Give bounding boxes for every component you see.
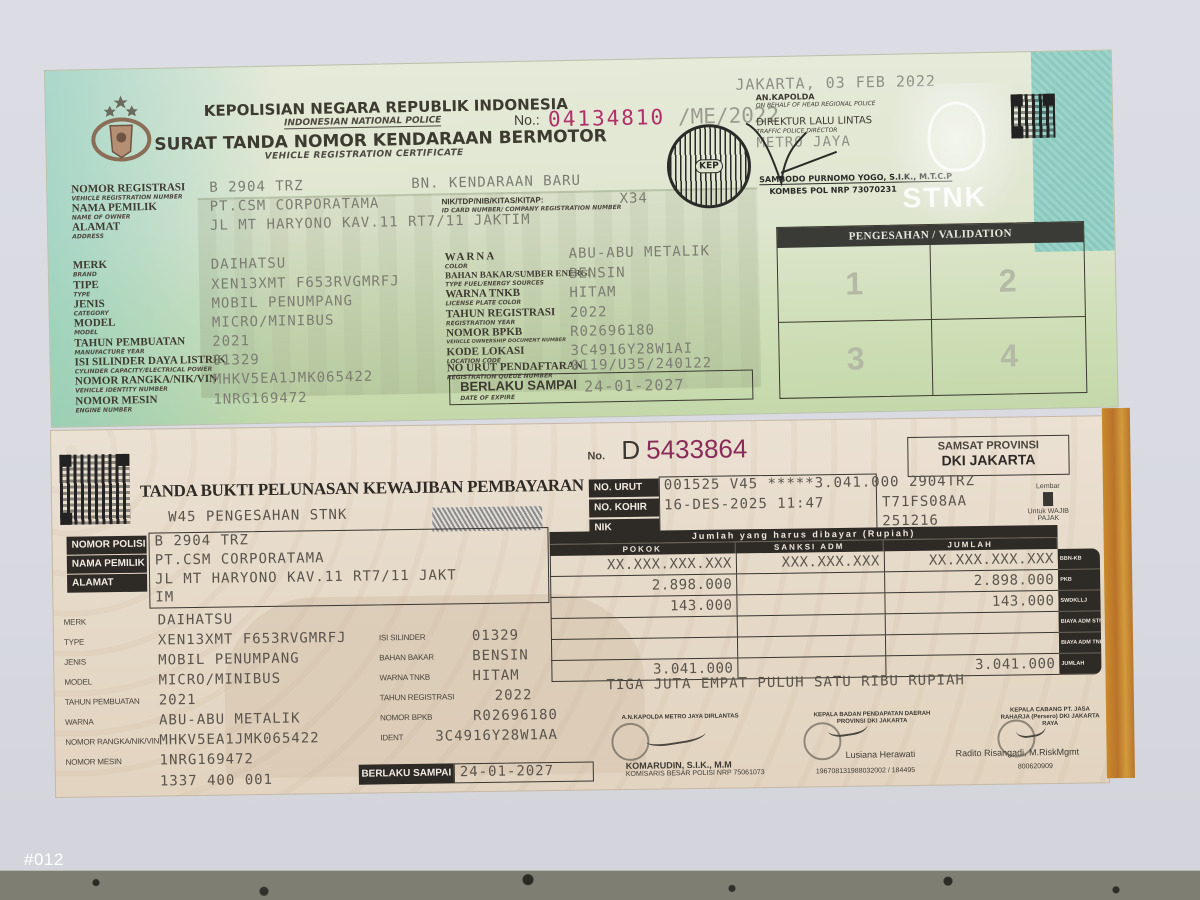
payment-cell-pokok: XX.XXX.XXX.XXX: [551, 553, 737, 576]
payment-cell-sanksi: XXX.XXX.XXX: [737, 551, 885, 573]
signature-block-3: KEPALA CABANG PT. JASA RAHARJA (Persero)…: [995, 706, 1105, 729]
payment-receipt: TANDA BUKTI PELUNASAN KEWAJIBAN PEMBAYAR…: [50, 415, 1110, 798]
value-no-kohir: 16-DES-2025 11:47: [664, 495, 825, 513]
value-jenis: MOBIL PENUMPANG: [211, 293, 353, 312]
label-nomor-rangka: NOMOR RANGKA/NIK/VINVEHICLE IDENTITY NUM…: [75, 374, 217, 395]
vehicle-value: 2022: [495, 687, 533, 704]
vehicle-label: JENIS: [64, 658, 86, 667]
desk-surface: [0, 870, 1200, 900]
vehicle-label: TAHUN PEMBUATAN: [65, 697, 140, 707]
samsat-box: SAMSAT PROVINSI DKI JAKARTA: [907, 435, 1070, 477]
validation-cell-3: 3: [779, 320, 933, 398]
receipt-number-label: No.: [587, 450, 605, 462]
label-nik: NIK/TDP/NIB/KITAS/KITAP:ID CARD NUMBER/ …: [441, 193, 621, 214]
vehicle-value: MOBIL PENUMPANG: [158, 651, 300, 669]
vehicle-label: MERK: [64, 618, 86, 627]
payment-cell-jumlah: [886, 633, 1060, 655]
label-merk: MERKBRAND: [73, 260, 108, 279]
payment-row-label: SWDKLLJ: [1058, 590, 1100, 612]
value-alamat-line2: IM: [155, 589, 174, 605]
label-tahun-registrasi: TAHUN REGISTRASIREGISTRATION YEAR: [446, 307, 556, 327]
payment-cell-jumlah: 2.898.000: [885, 570, 1059, 592]
vehicle-value: R02696180: [473, 707, 558, 724]
label-jenis: JENISCATEGORY: [73, 299, 108, 318]
vehicle-label: TYPE: [64, 638, 84, 647]
payment-cell-sanksi: [737, 572, 885, 594]
vehicle-label: BAHAN BAKAR: [379, 653, 434, 663]
vehicle-value: XEN13XMT F653RVGMRFJ: [158, 630, 347, 649]
label-nomor-registrasi: NOMOR REGISTRASIVEHICLE REGISTRATION NUM…: [71, 182, 185, 202]
receipt-expire-label: BERLAKU SAMPAI: [359, 763, 454, 784]
payment-cell-pokok: [552, 637, 738, 660]
validation-cell-4: 4: [932, 317, 1086, 395]
value-tahun-pembuatan: 2021: [212, 333, 250, 350]
payment-cell-sanksi: [738, 635, 886, 657]
payment-row-label: BBN-KB: [1058, 548, 1100, 570]
label-nama-pemilik: NAMA PEMILIK: [67, 555, 147, 574]
value-ref-code: T71FS08AA: [882, 493, 967, 510]
value-isi-silinder: 01329: [212, 352, 259, 369]
payment-cell-pokok: [552, 616, 738, 639]
value-bahan-bakar: BENSIN: [569, 265, 626, 282]
value-nama-pemilik: PT.CSM CORPORATAMA: [210, 196, 380, 215]
receipt-title: TANDA BUKTI PELUNASAN KEWAJIBAN PEMBAYAR…: [140, 476, 584, 502]
signer-3: Radito Risangadi, M.RiskMgmt: [956, 747, 1080, 759]
signer-1: KOMARUDIN, S.I.K., M.M KOMISARIS BESAR P…: [626, 759, 765, 778]
value-extra-line: 1337 400 001: [160, 772, 273, 790]
hologram-text: STNK: [902, 181, 987, 215]
vehicle-label: ISI SILINDER: [379, 633, 426, 643]
photo-label: #012: [24, 850, 64, 870]
vehicle-value: MICRO/MINIBUS: [158, 671, 281, 689]
label-nomor-mesin: NOMOR MESINENGINE NUMBER: [75, 395, 158, 415]
signer-2-nrp: 196708131988032002 / 184495: [816, 767, 915, 775]
value-nama-pemilik: PT.CSM CORPORATAMA: [155, 550, 325, 568]
signer-on-behalf-en: ON BEHALF OF HEAD REGIONAL POLICE: [756, 99, 906, 109]
vehicle-value: MHKV5EA1JMK065422: [159, 730, 320, 748]
vehicle-label: MODEL: [64, 677, 92, 686]
samsat-line2: DKI JAKARTA: [908, 451, 1068, 469]
stnk-hologram: STNK: [890, 82, 1023, 224]
expire-value: 24-01-2027: [584, 376, 685, 396]
vehicle-value: DAIHATSU: [158, 611, 234, 628]
label-nomor-polisi: NOMOR POLISI: [66, 536, 146, 555]
value-warna-tnkb: HITAM: [569, 284, 616, 301]
payment-cell-sanksi: [737, 593, 885, 615]
receipt-subtitle: W45 PENGESAHAN STNK: [168, 507, 347, 525]
value-model: MICRO/MINIBUS: [212, 312, 335, 330]
stamp-text: KEP: [695, 159, 723, 174]
signature-block-2: KEPALA BADAN PENDAPATAN DAERAH PROVINSI …: [807, 711, 937, 727]
signature-icon: [644, 722, 706, 749]
payment-row-label: PKB: [1058, 569, 1100, 591]
payment-cell-jumlah: [886, 612, 1060, 634]
vehicle-label: WARNA: [65, 717, 94, 726]
expire-box: BERLAKU SAMPAI DATE OF EXPIRE 24-01-2027: [449, 369, 754, 405]
label-no-kohir: NO. KOHIR: [589, 499, 659, 518]
bn-note: BN. KENDARAAN BARU: [411, 173, 581, 192]
receipt-number: D5433864: [621, 433, 747, 466]
payment-cell-jumlah: 143.000: [885, 591, 1059, 613]
expire-label-en: DATE OF EXPIRE: [460, 394, 515, 402]
value-nomor-registrasi: B 2904 TRZ: [209, 178, 304, 196]
vehicle-label: TAHUN REGISTRASI: [380, 692, 455, 702]
label-alamat: ALAMAT: [67, 574, 147, 593]
payment-table: Jumlah yang harus dibayar (Rupiah) POKOK…: [549, 525, 1059, 682]
value-nik: X34: [619, 190, 648, 207]
vehicle-value: ABU-ABU METALIK: [159, 711, 301, 729]
receipt-number-digits: 5433864: [646, 433, 748, 464]
expire-label: BERLAKU SAMPAI: [460, 377, 577, 394]
validation-cell-2: 2: [931, 242, 1085, 320]
payment-cell-sanksi: [738, 614, 886, 636]
receipt-expire-value: 24-01-2027: [460, 763, 555, 780]
signature-block-1: A.N.KAPOLDA METRO JAYA DIRLANTAS: [615, 713, 745, 722]
stnk-vehicle-registration-certificate: KEPOLISIAN NEGARA REPUBLIK INDONESIA IND…: [44, 49, 1119, 427]
value-tahun-registrasi: 2022: [570, 304, 608, 321]
copy-indicator-icon: [1043, 492, 1053, 506]
vehicle-label: NOMOR MESIN: [66, 757, 122, 767]
vehicle-label: NOMOR RANGKA/NIK/VIN: [65, 737, 159, 747]
payment-row-labels: BBN-KBPKBSWDKLLJBIAYA ADM STNKBIAYA ADM …: [1058, 548, 1102, 675]
copy-indicator: Lembar Untuk WAJIB PAJAK: [1020, 483, 1077, 523]
payment-row-label: BIAYA ADM TNKB: [1059, 632, 1101, 654]
value-nomor-bpkb: R02696180: [570, 322, 655, 340]
label-alamat: ALAMATADDRESS: [72, 222, 120, 241]
signer-2: Lusiana Herawati: [846, 749, 916, 760]
vehicle-value: HITAM: [472, 667, 519, 684]
vehicle-value: 3C4916Y28W1AA: [435, 727, 558, 745]
label-tahun-pembuatan: TAHUN PEMBUATANMANUFACTURE YEAR: [74, 336, 185, 356]
payment-row-label: BIAYA ADM STNK: [1059, 611, 1101, 633]
agency-name-en: INDONESIAN NATIONAL POLICE: [284, 115, 442, 129]
payment-cell-jumlah: XX.XXX.XXX.XXX: [885, 549, 1059, 571]
vehicle-value: BENSIN: [472, 647, 529, 664]
label-model: MODELMODEL: [74, 318, 116, 337]
vehicle-value: 1NRG169472: [160, 751, 255, 768]
value-warna: ABU-ABU METALIK: [568, 243, 710, 262]
value-nomor-polisi: B 2904 TRZ: [154, 532, 249, 549]
label-warna: WARNACOLOR: [445, 251, 497, 270]
payment-row-label: JUMLAH: [1059, 653, 1101, 675]
gold-security-strip: [1102, 408, 1135, 778]
label-nomor-bpkb: NOMOR BPKBVEHICLE OWNERSHIP DOCUMENT NUM…: [446, 326, 566, 346]
hologram-emblem-icon: [927, 101, 986, 172]
payment-cell-pokok: 2.898.000: [551, 574, 737, 597]
vehicle-label: IDENT: [380, 733, 403, 742]
label-nama-pemilik: NAMA PEMILIKNAME OF OWNER: [72, 202, 158, 222]
qr-code-icon: [59, 454, 130, 525]
police-emblem-icon: [85, 93, 156, 164]
value-nomor-rangka: MHKV5EA1JMK065422: [213, 369, 374, 388]
validation-cell-1: 1: [778, 245, 932, 323]
document-number: 04134810: [548, 105, 666, 131]
receipt-number-prefix: D: [621, 435, 640, 465]
vehicle-label: WARNA TNKB: [379, 673, 430, 683]
vehicle-value: 01329: [472, 627, 519, 644]
label-warna-tnkb: WARNA TNKBLICENSE PLATE COLOR: [445, 288, 521, 307]
value-no-urut: 001525 V45 *****3.041.000 2904TRZ: [664, 473, 975, 493]
vehicle-label: NOMOR BPKB: [380, 713, 432, 723]
vehicle-value: 2021: [159, 692, 197, 709]
qr-code-icon: [1011, 94, 1056, 139]
value-nomor-mesin: 1NRG169472: [213, 390, 308, 408]
value-merk: DAIHATSU: [211, 255, 287, 272]
signer-3-nrp: 800620909: [1018, 763, 1053, 770]
validation-table: PENGESAHAN / VALIDATION 1 2 3 4: [776, 221, 1087, 399]
label-tipe: TIPETYPE: [73, 280, 99, 298]
signer-nrp: KOMBES POL NRP 73070231: [769, 185, 896, 196]
label-no-urut: NO. URUT: [589, 479, 659, 498]
document-number-label: No.:: [514, 111, 540, 127]
payment-cell-pokok: 143.000: [551, 595, 737, 618]
